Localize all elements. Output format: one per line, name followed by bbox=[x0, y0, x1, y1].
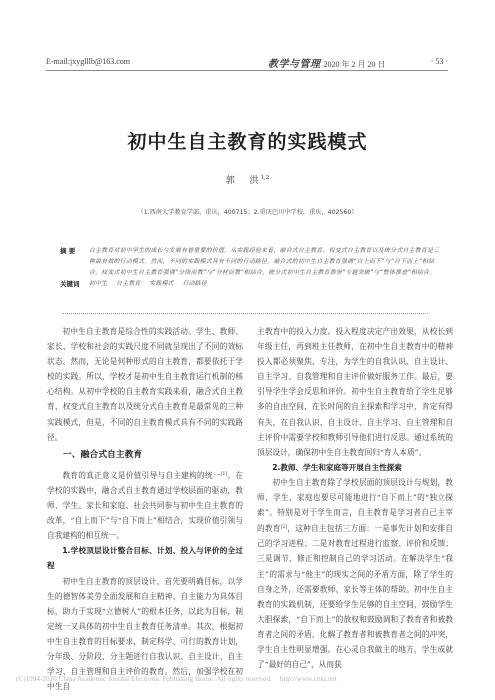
subsection2-paragraph: 初中生自主教育除了学校层面的顶层设计与规划，教师、学生、家庭也要尽可能地进行“自… bbox=[257, 475, 453, 672]
abstract-text: 自主教育对初中学生的成长与发展有着重要的价值。从实践经验来看，融合式自主教育、权… bbox=[89, 246, 440, 279]
abstract-label: 摘 要 bbox=[60, 246, 89, 279]
text-span: ，这种自主包括三方面：一是事先计划和安排自己的学习进程；二是对教育过程进行监察、… bbox=[257, 524, 453, 669]
keywords-list: 初中生 自主教育 实践模式 行动路径 bbox=[89, 279, 214, 290]
text-span: 教育的真正意义是价值引导与自主建构的统一 bbox=[62, 471, 220, 480]
keyword: 实践模式 bbox=[149, 281, 173, 287]
copyright-text: (C)1994-2020 China Academic Journal Elec… bbox=[16, 675, 272, 683]
journal-date: 2020 年 2 月 20 日 bbox=[324, 60, 386, 69]
header-email: E-mail:jxyglllb@163.com bbox=[46, 57, 130, 66]
subsection-heading: 2.教师、学生和家庭等开展自主性探索 bbox=[257, 460, 453, 475]
body-column-left: 初中生自主教育是综合性的实践活动。学生、教师、家长、学校和社会的实践尺度不同就呈… bbox=[47, 324, 243, 694]
keyword: 自主教育 bbox=[116, 281, 140, 287]
abstract-block: 摘 要 自主教育对初中学生的成长与发展有着重要的价值。从实践经验来看，融合式自主… bbox=[60, 246, 440, 290]
author-name: 郭 洪 bbox=[226, 176, 265, 186]
header-journal: 教学与管理2020 年 2 月 20 日 bbox=[268, 55, 386, 70]
copyright-footer: (C)1994-2020 China Academic Journal Elec… bbox=[16, 675, 486, 683]
text-span: 。在学校的实践中，融合式自主教育通过学校层面的驱动，教师、学生、家长和家庭、社会… bbox=[47, 471, 243, 540]
author-affiliation-marks: 1,2 bbox=[261, 175, 270, 181]
author-line: 郭 洪1,2 bbox=[0, 173, 495, 186]
abstract-separator bbox=[62, 313, 428, 314]
continued-paragraph: 主教育中的投入力度。投入程度决定产出效果，从校长到年级主任，再到班主任教师，在初… bbox=[257, 324, 453, 460]
footer-url: http://www.cnki.net bbox=[280, 675, 337, 683]
keywords-label: 关键词 bbox=[60, 279, 89, 290]
keyword: 初中生 bbox=[89, 281, 107, 287]
section1-paragraph: 教育的真正意义是价值引导与自主建构的统一[1]。在学校的实践中，融合式自主教育通… bbox=[47, 467, 243, 543]
affiliation: （1.西南大学教育学部，重庆，400715；2.重庆巴川中学校，重庆，40256… bbox=[0, 207, 495, 216]
section-heading: 一、融合式自主教育 bbox=[47, 448, 243, 463]
article-title: 初中生自主教育的实践模式 bbox=[0, 127, 495, 154]
running-head: E-mail:jxyglllb@163.com 教学与管理2020 年 2 月 … bbox=[46, 55, 448, 71]
body-column-right: 主教育中的投入力度。投入程度决定产出效果，从校长到年级主任，再到班主任教师，在初… bbox=[257, 324, 453, 672]
subsection-heading: 1.学校顶层设计整合目标、计划、投入与评价的全过程 bbox=[47, 543, 243, 573]
page-number: · 53 · bbox=[431, 57, 448, 66]
abstract: 摘 要 自主教育对初中学生的成长与发展有着重要的价值。从实践经验来看，融合式自主… bbox=[60, 246, 440, 279]
keyword: 行动路径 bbox=[183, 281, 207, 287]
journal-name: 教学与管理 bbox=[268, 59, 321, 70]
intro-paragraph: 初中生自主教育是综合性的实践活动。学生、教师、家长、学校和社会的实践尺度不同就呈… bbox=[47, 324, 243, 445]
keywords: 关键词 初中生 自主教育 实践模式 行动路径 bbox=[60, 279, 440, 290]
